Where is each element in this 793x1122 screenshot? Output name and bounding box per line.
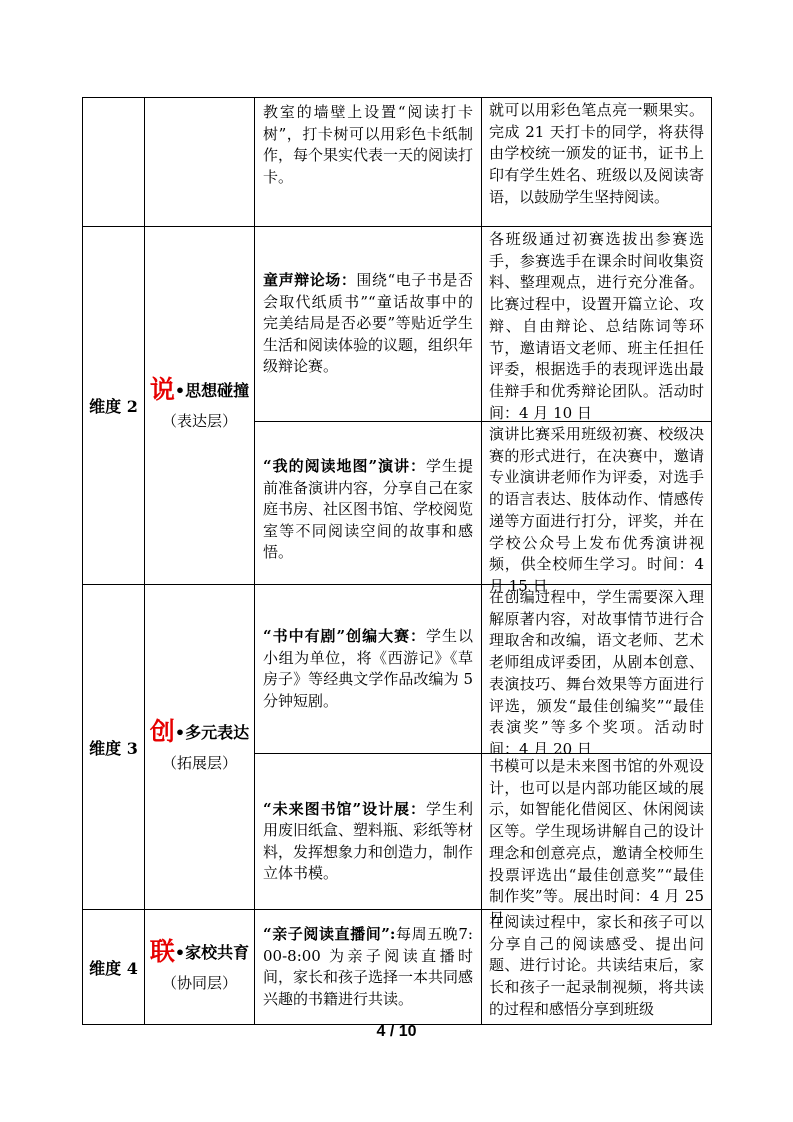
activity-subrow: 教室的墙壁上设置“阅读打卡树”，打卡树可以用彩色卡纸制作，每个果实代表一天的阅读… xyxy=(255,98,711,226)
dimension-cell xyxy=(83,98,145,226)
activity-text: “亲子阅读直播间”:每周五晚7:00-8:00 为亲子阅读直播时间，家长和孩子选… xyxy=(263,924,473,1010)
category-keyword: 联 xyxy=(150,937,175,966)
reading-activity-table: 教室的墙壁上设置“阅读打卡树”，打卡树可以用彩色卡纸制作，每个果实代表一天的阅读… xyxy=(82,97,712,1025)
dimension-cell: 维度 2 xyxy=(83,227,145,584)
activity-text: 童声辩论场：围绕“电子书是否会取代纸质书”“童话故事中的完美结局是否必要”等贴近… xyxy=(263,270,473,378)
dimension-cell: 维度 3 xyxy=(83,585,145,909)
category-rest: •思想碰撞 xyxy=(175,381,249,400)
activity-text: “我的阅读地图”演讲：学生提前准备演讲内容，分享自己在家庭书房、社区图书馆、学校… xyxy=(263,456,473,564)
category-cell: 说•思想碰撞 （表达层） xyxy=(145,227,255,584)
category-cell: 联•家校共育 （协同层） xyxy=(145,910,255,1024)
activity-subrow: “书中有剧”创编大赛：学生以小组为单位，将《西游记》《草房子》等经典文学作品改编… xyxy=(255,585,711,754)
activity-cell: “亲子阅读直播间”:每周五晚7:00-8:00 为亲子阅读直播时间，家长和孩子选… xyxy=(255,910,482,1024)
table-row: 维度 3 创•多元表达 （拓展层） “书中有剧”创编大赛：学生以小组为单位，将《… xyxy=(83,585,711,910)
table-row: 教室的墙壁上设置“阅读打卡树”，打卡树可以用彩色卡纸制作，每个果实代表一天的阅读… xyxy=(83,98,711,227)
row-content: “书中有剧”创编大赛：学生以小组为单位，将《西游记》《草房子》等经典文学作品改编… xyxy=(255,585,711,909)
row-content: 童声辩论场：围绕“电子书是否会取代纸质书”“童话故事中的完美结局是否必要”等贴近… xyxy=(255,227,711,584)
row-content: 教室的墙壁上设置“阅读打卡树”，打卡树可以用彩色卡纸制作，每个果实代表一天的阅读… xyxy=(255,98,711,226)
category-keyword: 说 xyxy=(150,375,175,404)
activity-subrow: “我的阅读地图”演讲：学生提前准备演讲内容，分享自己在家庭书房、社区图书馆、学校… xyxy=(255,422,711,598)
activity-text: “未来图书馆”设计展：学生利用废旧纸盒、塑料瓶、彩纸等材料，发挥想象力和创造力，… xyxy=(263,799,473,885)
activity-subrow: “未来图书馆”设计展：学生利用废旧纸盒、塑料瓶、彩纸等材料，发挥想象力和创造力，… xyxy=(255,754,711,930)
detail-cell: 在阅读过程中，家长和孩子可以分享自己的阅读感受、提出问题、进行讨论。共读结束后，… xyxy=(482,910,711,1024)
category-rest: •多元表达 xyxy=(175,723,249,742)
activity-title: “亲子阅读直播间”: xyxy=(263,925,395,943)
detail-cell: 演讲比赛采用班级初赛、校级决赛的形式进行，在决赛中，邀请专业演讲老师作为评委，对… xyxy=(482,422,711,598)
activity-cell: “书中有剧”创编大赛：学生以小组为单位，将《西游记》《草房子》等经典文学作品改编… xyxy=(255,585,482,753)
activity-cell: “我的阅读地图”演讲：学生提前准备演讲内容，分享自己在家庭书房、社区图书馆、学校… xyxy=(255,422,482,598)
table-row: 维度 2 说•思想碰撞 （表达层） 童声辩论场：围绕“电子书是否会取代纸质书”“… xyxy=(83,227,711,585)
document-page: 教室的墙壁上设置“阅读打卡树”，打卡树可以用彩色卡纸制作，每个果实代表一天的阅读… xyxy=(0,0,793,1122)
category-keyword: 创 xyxy=(150,717,175,746)
activity-subrow: “亲子阅读直播间”:每周五晚7:00-8:00 为亲子阅读直播时间，家长和孩子选… xyxy=(255,910,711,1024)
activity-cell: 教室的墙壁上设置“阅读打卡树”，打卡树可以用彩色卡纸制作，每个果实代表一天的阅读… xyxy=(255,98,482,226)
activity-title: “我的阅读地图”演讲： xyxy=(263,457,426,475)
detail-cell: 就可以用彩色笔点亮一颗果实。完成 21 天打卡的同学，将获得由学校统一颁发的证书… xyxy=(482,98,711,226)
activity-subrow: 童声辩论场：围绕“电子书是否会取代纸质书”“童话故事中的完美结局是否必要”等贴近… xyxy=(255,227,711,422)
detail-cell: 各班级通过初赛选拔出参赛选手，参赛选手在课余时间收集资料、整理观点，进行充分准备… xyxy=(482,227,711,421)
detail-cell: 书模可以是未来图书馆的外观设计，也可以是内部功能区域的展示，如智能化借阅区、休闲… xyxy=(482,754,711,930)
activity-desc: 教室的墙壁上设置“阅读打卡树”，打卡树可以用彩色卡纸制作，每个果实代表一天的阅读… xyxy=(263,103,473,186)
activity-cell: “未来图书馆”设计展：学生利用废旧纸盒、塑料瓶、彩纸等材料，发挥想象力和创造力，… xyxy=(255,754,482,930)
activity-title: “未来图书馆”设计展： xyxy=(263,800,426,818)
table-row: 维度 4 联•家校共育 （协同层） “亲子阅读直播间”:每周五晚7:00-8:0… xyxy=(83,910,711,1024)
activity-text: “书中有剧”创编大赛：学生以小组为单位，将《西游记》《草房子》等经典文学作品改编… xyxy=(263,626,473,712)
dimension-cell: 维度 4 xyxy=(83,910,145,1024)
category-layer: （协同层） xyxy=(162,968,237,998)
category-layer: （拓展层） xyxy=(162,748,237,778)
row-content: “亲子阅读直播间”:每周五晚7:00-8:00 为亲子阅读直播时间，家长和孩子选… xyxy=(255,910,711,1024)
category-line: 创•多元表达 xyxy=(150,717,249,748)
category-cell xyxy=(145,98,255,226)
activity-title: 童声辩论场： xyxy=(263,271,356,289)
category-line: 说•思想碰撞 xyxy=(150,375,249,406)
category-line: 联•家校共育 xyxy=(150,937,249,968)
activity-cell: 童声辩论场：围绕“电子书是否会取代纸质书”“童话故事中的完美结局是否必要”等贴近… xyxy=(255,227,482,421)
category-layer: （表达层） xyxy=(162,406,237,436)
activity-title: “书中有剧”创编大赛： xyxy=(263,627,426,645)
page-number: 4 / 10 xyxy=(0,1023,793,1041)
detail-cell: 在创编过程中，学生需要深入理解原著内容，对故事情节进行合理取舍和改编，语文老师、… xyxy=(482,585,711,753)
category-cell: 创•多元表达 （拓展层） xyxy=(145,585,255,909)
activity-text: 教室的墙壁上设置“阅读打卡树”，打卡树可以用彩色卡纸制作，每个果实代表一天的阅读… xyxy=(263,102,473,188)
category-rest: •家校共育 xyxy=(175,943,249,962)
